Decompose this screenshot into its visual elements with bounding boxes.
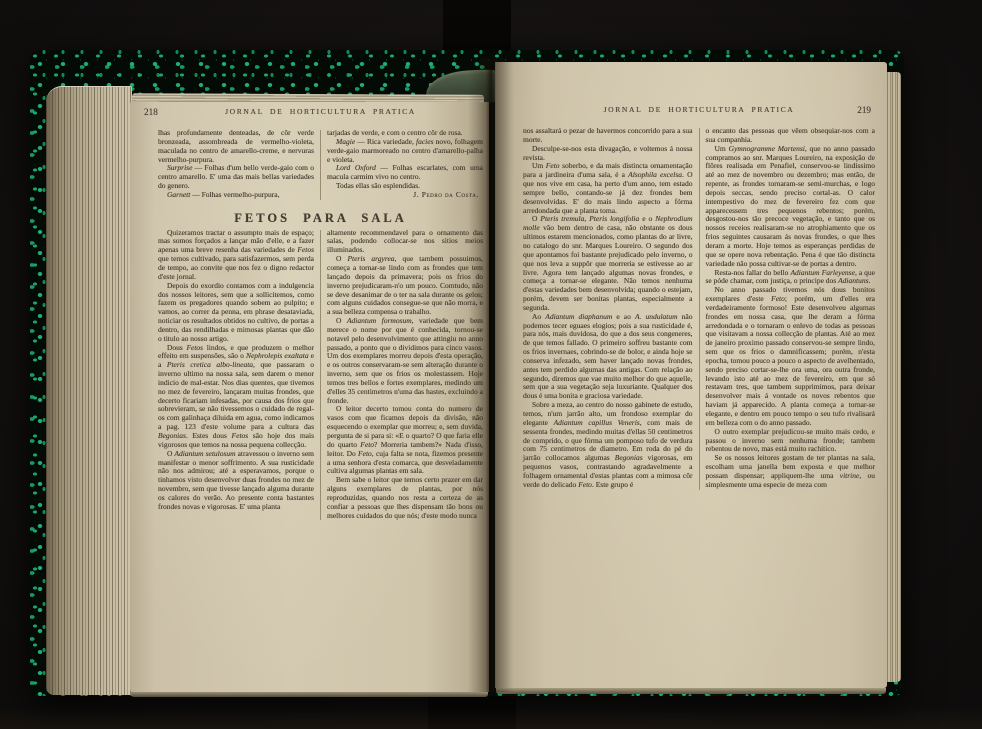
- article-column-1: Quizeramos tractar o assumpto mais de es…: [158, 229, 314, 521]
- paragraph: Bem sabe o leitor que temos certo prazer…: [327, 476, 483, 520]
- paragraph: O Adiantum formosum, variedade que bem m…: [327, 317, 483, 405]
- paragraph: Sobre a meza, ao centro do nosso gabinet…: [523, 401, 693, 489]
- paragraph: Um Feto soberbo, e da mais distincta orn…: [523, 162, 693, 215]
- section-title: FETOS PARA SALA: [158, 214, 483, 223]
- fragment-column-2: tarjadas de verde, e com o centro côr de…: [327, 129, 483, 200]
- fragment-column-1: lhas profundamente denteadas, de côr ver…: [158, 129, 314, 200]
- right-page-bottom-edge: [496, 688, 886, 694]
- left-running-header-row: 218 JORNAL DE HORTICULTURA PRATICA: [158, 108, 483, 121]
- paragraph: O leitor decerto tomou conta do numero d…: [327, 405, 483, 476]
- left-page-number: 218: [144, 108, 158, 117]
- right-page: JORNAL DE HORTICULTURA PRATICA 219 nos a…: [495, 62, 887, 688]
- paragraph: Garnett — Folhas vermelho-purpura,: [158, 191, 314, 200]
- left-page: 218 JORNAL DE HORTICULTURA PRATICA lhas …: [130, 102, 489, 692]
- paragraph: No anno passado tivemos nós dous bonitos…: [706, 286, 876, 428]
- column-rule: [320, 130, 321, 200]
- right-column-1: nos assaltará o pezar de havermos concor…: [523, 127, 693, 490]
- right-running-header-row: JORNAL DE HORTICULTURA PRATICA 219: [523, 106, 875, 119]
- column-rule: [320, 230, 321, 521]
- left-page-bottom-edge: [131, 692, 488, 697]
- paragraph: Ao Adiantum diaphanum e ao A. undulatum …: [523, 313, 693, 401]
- paragraph: lhas profundamente denteadas, de côr ver…: [158, 129, 314, 164]
- paragraph: Desculpe-se-nos esta divagação, e voltem…: [523, 145, 693, 163]
- paragraph: Surprise — Folhas d'um bello verde-gaio …: [158, 164, 314, 191]
- paragraph: O Adiantum setulosum atravessou o invern…: [158, 450, 314, 512]
- paragraph: Magie — Rica variedade, facies novo, fol…: [327, 138, 483, 165]
- paragraph: nos assaltará o pezar de havermos concor…: [523, 127, 693, 145]
- table-surface: [0, 706, 982, 729]
- right-page-fore-edge-stack: [886, 72, 901, 682]
- paragraph: Dous Fetos lindos, e que produzem o melh…: [158, 344, 314, 450]
- paragraph: O Pteris tremula, Pteris longifolia e o …: [523, 215, 693, 312]
- left-article-columns: Quizeramos tractar o assumpto mais de es…: [158, 229, 483, 521]
- paragraph: Resta-nos fallar do bello Adiantum Farle…: [706, 269, 876, 287]
- right-article-columns: nos assaltará o pezar de havermos concor…: [523, 127, 875, 490]
- paragraph: o encanto das pessoas que vêem obsequiar…: [706, 127, 876, 145]
- left-fragment-columns: lhas profundamente denteadas, de côr ver…: [158, 129, 483, 200]
- author-signature: J. Pedro da Costa.: [327, 191, 483, 200]
- left-running-header: JORNAL DE HORTICULTURA PRATICA: [225, 107, 416, 116]
- paragraph: Lord Oxford — Folhas escarlates, com uma…: [327, 164, 483, 182]
- left-page-fore-edge-stack: [46, 86, 132, 695]
- fragment-column-2-text: tarjadas de verde, e com o centro côr de…: [327, 129, 483, 191]
- article-column-2: altamente recommendavel para o ornamento…: [327, 229, 483, 521]
- paragraph: O Pteris argyrea, que tambem possuimos, …: [327, 255, 483, 317]
- right-page-number: 219: [857, 106, 871, 115]
- right-column-2: o encanto das pessoas que vêem obsequiar…: [706, 127, 876, 490]
- paragraph: Quizeramos tractar o assumpto mais de es…: [158, 229, 314, 282]
- book-photo-scene: 218 JORNAL DE HORTICULTURA PRATICA lhas …: [0, 0, 982, 729]
- paragraph: Depois do exordio contamos com a indulge…: [158, 282, 314, 344]
- paragraph: O outro exemplar prejudicou-se muito mai…: [706, 428, 876, 455]
- paragraph: Um Gymnogramme Martensi, que no anno pas…: [706, 145, 876, 269]
- paragraph: Se os nossos leitores gostam de ter plan…: [706, 454, 876, 489]
- paragraph: altamente recommendavel para o ornamento…: [327, 229, 483, 256]
- column-rule: [699, 128, 700, 490]
- right-running-header: JORNAL DE HORTICULTURA PRATICA: [604, 105, 795, 114]
